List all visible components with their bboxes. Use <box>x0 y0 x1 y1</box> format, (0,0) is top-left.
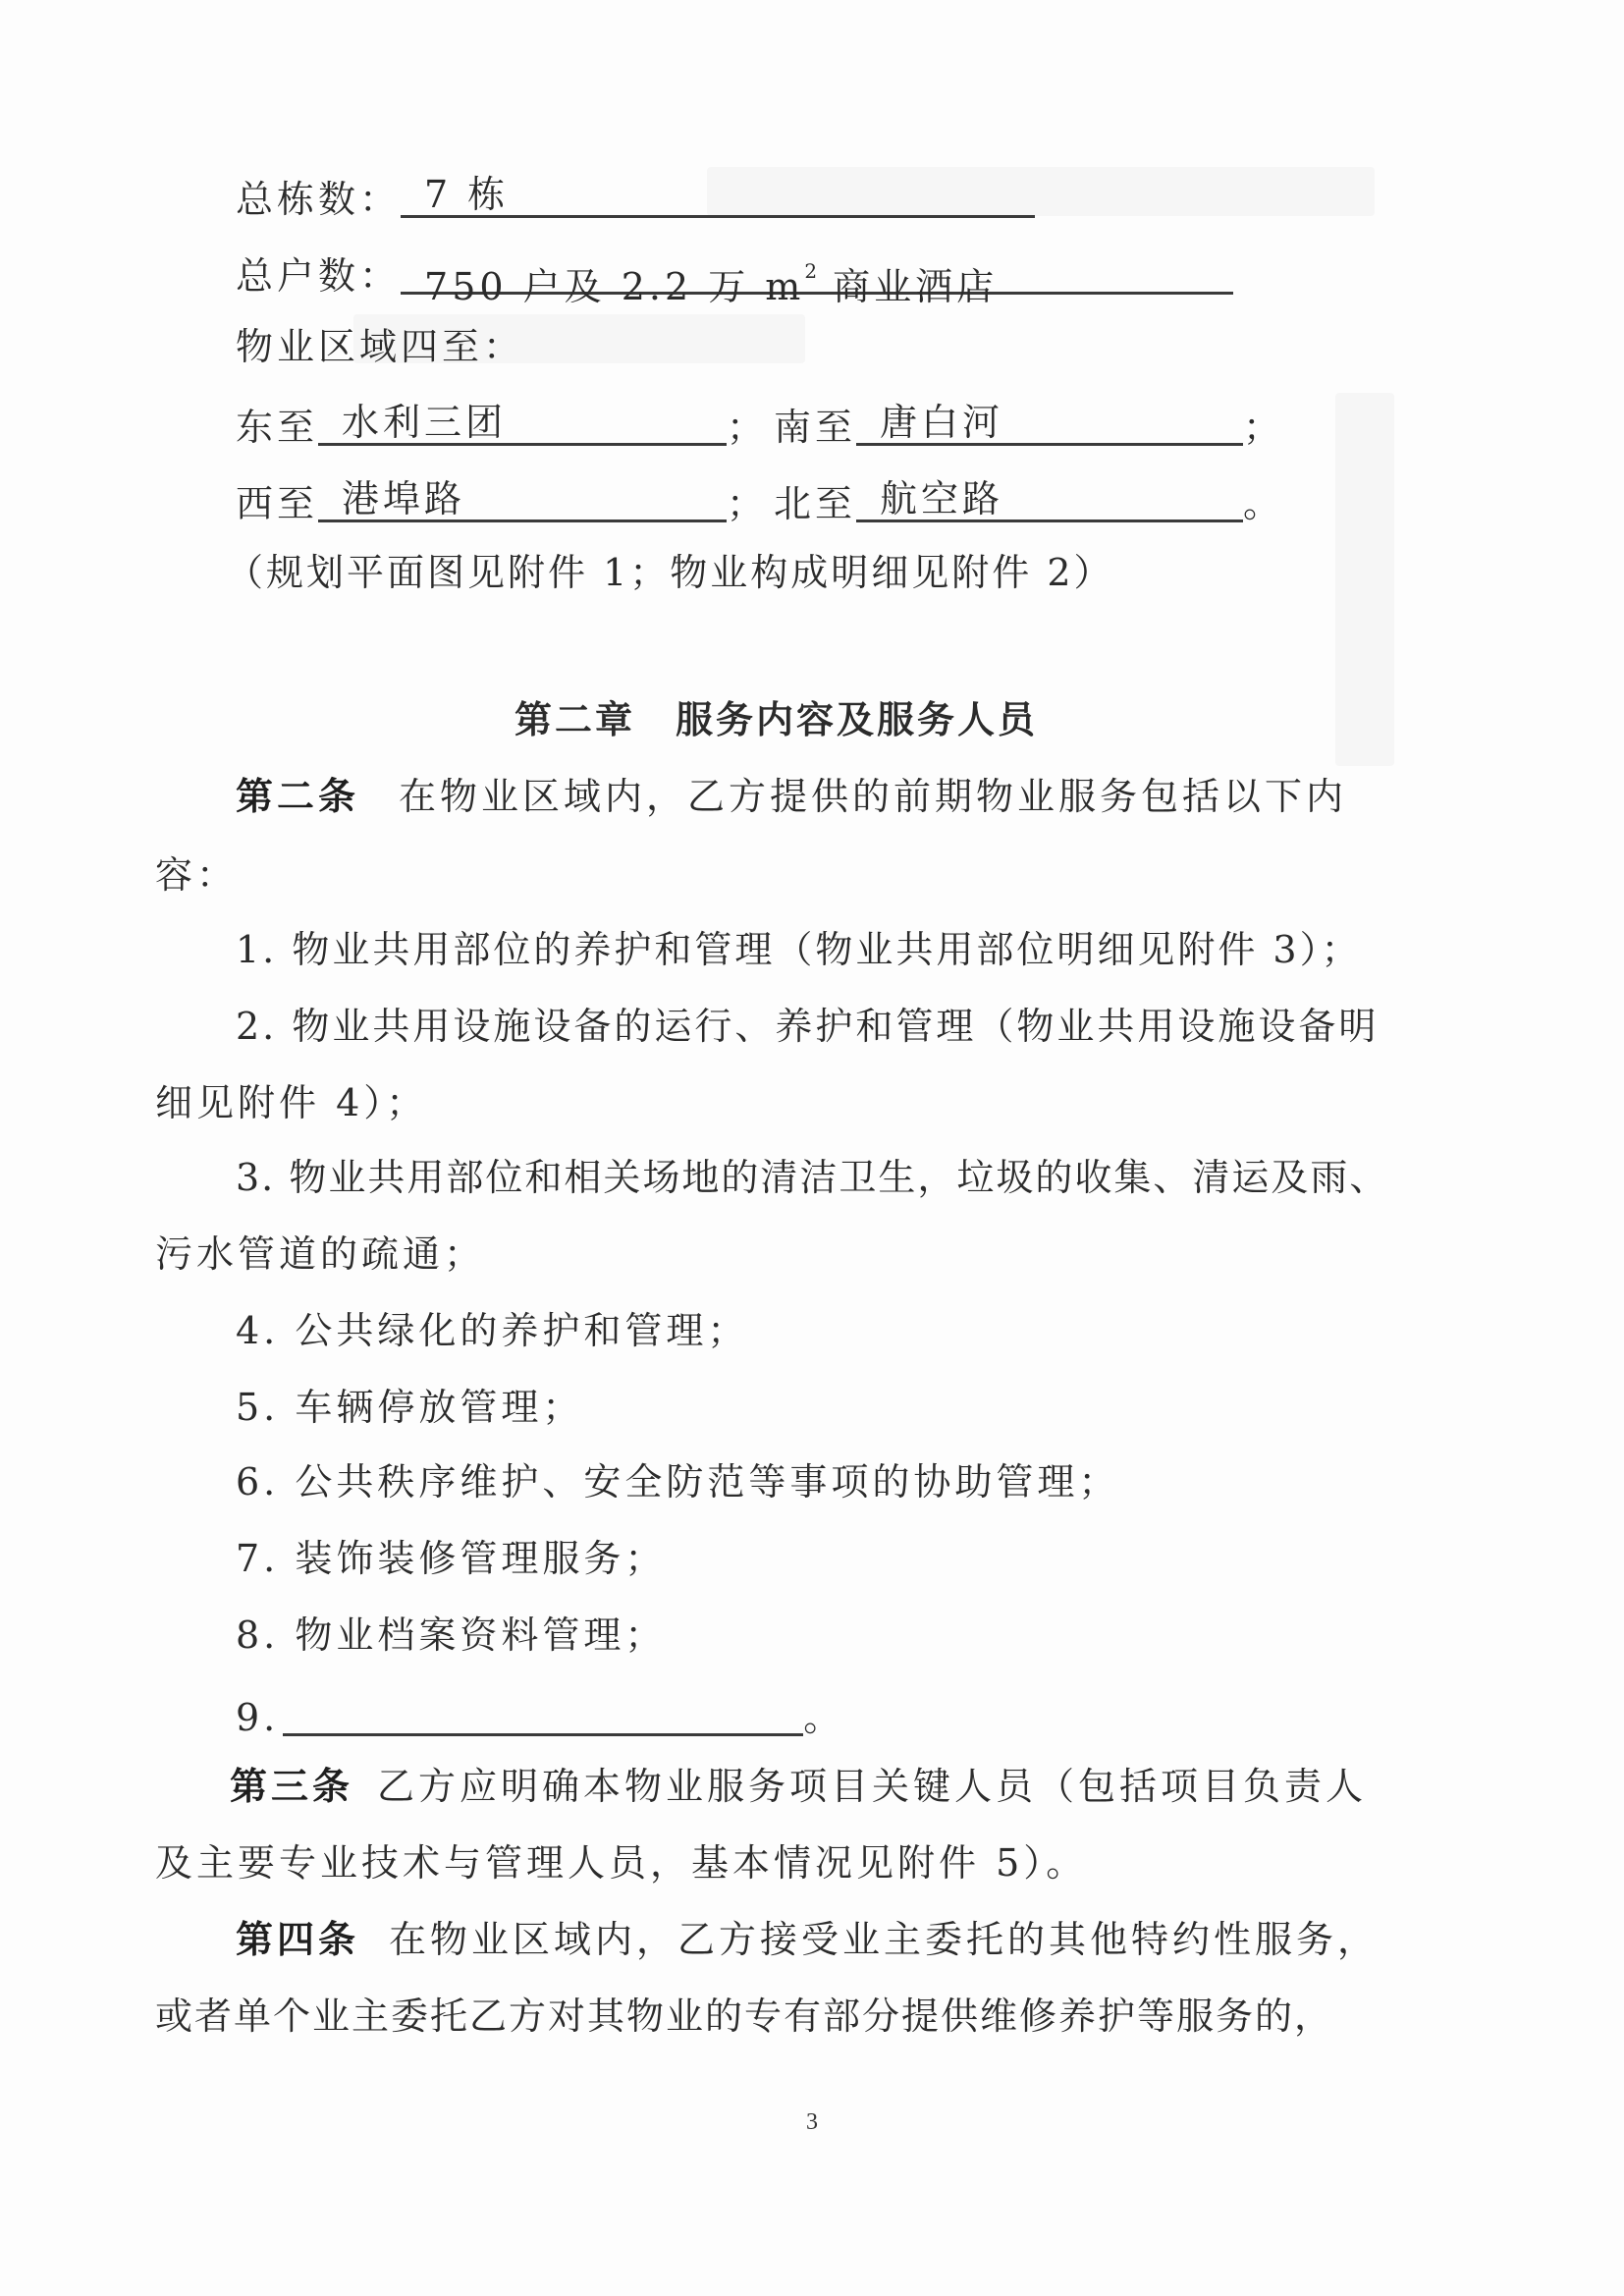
square-superscript: 2 <box>804 259 817 283</box>
total-households-row: 总户数：750 户及 2.2 万 m2 商业酒店 <box>236 249 1233 295</box>
south-label: 南至 <box>774 406 856 449</box>
chapter-title: 第二章 服务内容及服务人员 <box>514 701 1038 738</box>
service-item-7: 7. 装饰装修管理服务； <box>236 1540 666 1577</box>
west-label: 西至 <box>236 482 318 525</box>
north-label: 北至 <box>774 482 856 525</box>
service-item-4: 4. 公共绿化的养护和管理； <box>236 1312 748 1349</box>
article-4-line1: 第四条在物业区域内，乙方接受业主委托的其他特约性服务， <box>236 1921 1379 1958</box>
article-3-text: 乙方应明确本物业服务项目关键人员（包括项目负责人 <box>377 1765 1367 1808</box>
bleed-through-text <box>1335 393 1394 766</box>
north-field[interactable]: 航空路 <box>856 477 1243 522</box>
service-item-5: 5. 车辆停放管理； <box>236 1389 583 1426</box>
document-page: 总栋数：7 栋 总户数：750 户及 2.2 万 m2 商业酒店 物业区域四至：… <box>0 0 1624 2296</box>
east-south-row: 东至水利三团；南至唐白河； <box>236 401 1284 446</box>
service-item-2: 2. 物业共用设施设备的运行、养护和管理（物业共用设施设备明 <box>236 1008 1379 1045</box>
article-2-label: 第二条 <box>236 775 359 818</box>
total-buildings-row: 总栋数：7 栋 <box>236 173 1035 218</box>
attachment-note: （规划平面图见附件 1；物业构成明细见附件 2） <box>226 554 1114 591</box>
article-4-text: 在物业区域内，乙方接受业主委托的其他特约性服务， <box>389 1918 1379 1961</box>
service-item-3: 3. 物业共用部位和相关场地的清洁卫生，垃圾的收集、清运及雨、 <box>236 1159 1388 1196</box>
total-buildings-label: 总栋数： <box>236 178 401 221</box>
article-4-label: 第四条 <box>236 1918 359 1961</box>
west-north-row: 西至港埠路；北至航空路。 <box>236 477 1284 522</box>
service-item-6: 6. 公共秩序维护、安全防范等事项的协助管理； <box>236 1463 1119 1501</box>
service-item-9-blank[interactable] <box>283 1691 803 1736</box>
service-item-9-number: 9. <box>236 1696 279 1739</box>
north-sep: 。 <box>1243 482 1284 525</box>
east-sep: ； <box>727 406 768 449</box>
west-sep: ； <box>727 482 768 525</box>
article-4-line2: 或者单个业主委托乙方对其物业的专有部分提供维修养护等服务的， <box>155 1997 1333 2035</box>
service-item-8: 8. 物业档案资料管理； <box>236 1616 666 1654</box>
service-item-3-cont: 污水管道的疏通； <box>155 1235 485 1273</box>
east-label: 东至 <box>236 406 318 449</box>
total-buildings-field[interactable]: 7 栋 <box>401 173 1035 218</box>
service-item-9-suffix: 。 <box>803 1696 844 1739</box>
page-number: 3 <box>0 2109 1624 2136</box>
service-item-2-cont: 细见附件 4）； <box>155 1084 427 1121</box>
east-field[interactable]: 水利三团 <box>318 401 727 446</box>
total-households-value: 750 户及 2.2 万 m <box>424 265 804 308</box>
south-field[interactable]: 唐白河 <box>856 401 1243 446</box>
total-households-label: 总户数： <box>236 254 401 298</box>
south-sep: ； <box>1243 406 1284 449</box>
west-field[interactable]: 港埠路 <box>318 477 727 522</box>
boundaries-label: 物业区域四至： <box>236 328 524 365</box>
article-2-line1: 第二条在物业区域内，乙方提供的前期物业服务包括以下内 <box>236 778 1347 815</box>
total-households-field[interactable]: 750 户及 2.2 万 m2 商业酒店 <box>401 249 1233 295</box>
article-2-text: 在物业区域内，乙方提供的前期物业服务包括以下内 <box>399 775 1347 818</box>
article-3-line2: 及主要专业技术与管理人员，基本情况见附件 5）。 <box>155 1844 1087 1882</box>
article-3-line1: 第三条乙方应明确本物业服务项目关键人员（包括项目负责人 <box>230 1768 1367 1805</box>
service-item-1: 1. 物业共用部位的养护和管理（物业共用部位明细见附件 3）； <box>236 931 1362 968</box>
article-2-line2: 容： <box>155 856 238 894</box>
article-3-label: 第三条 <box>230 1765 353 1808</box>
service-item-9: 9.。 <box>236 1691 844 1736</box>
total-households-tail: 商业酒店 <box>817 265 998 308</box>
